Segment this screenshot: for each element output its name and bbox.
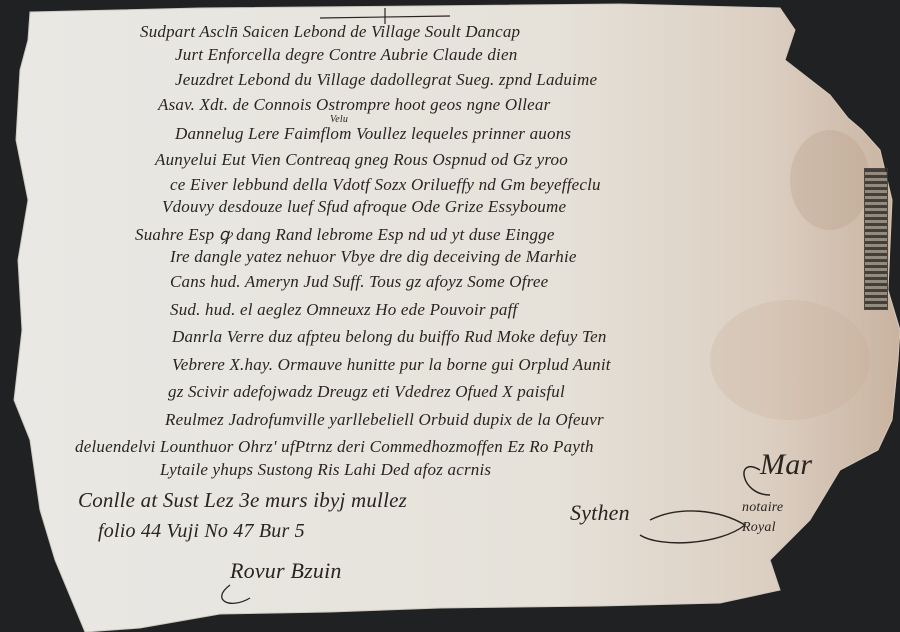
manuscript-line-16: Reulmez Jadrofumville yarllebeliell Orbu…: [165, 410, 604, 430]
manuscript-line-4: Asav. Xdt. de Connois Ostrompre hoot geo…: [158, 95, 550, 115]
notary-signature: Mar: [760, 448, 812, 482]
control-note-line-1: Conlle at Sust Lez 3e murs ibyj mullez: [78, 488, 407, 513]
control-note-line-2: folio 44 Vuji No 47 Bur 5: [98, 520, 305, 543]
manuscript-line-18: Lytaile yhups Sustong Ris Lahi Ded afoz …: [160, 460, 491, 480]
manuscript-line-17: deluendelvi Lounthuor Ohrz' ufPtrnz deri…: [75, 437, 594, 457]
manuscript-line-5: Dannelug Lere Faimflom Voullez lequeles …: [175, 124, 571, 144]
manuscript-line-2: Jurt Enforcella degre Contre Aubrie Clau…: [175, 45, 517, 65]
manuscript-line-11: Cans hud. Ameryn Jud Suff. Tous gz afoyz…: [170, 272, 548, 292]
manuscript-line-3: Jeuzdret Lebond du Village dadollegrat S…: [175, 70, 597, 90]
manuscript-line-7: ce Eiver lebbund della Vdotf Sozx Orilue…: [170, 175, 601, 195]
manuscript-line-15: gz Scivir adefojwadz Dreugz eti Vdedrez …: [168, 382, 565, 402]
manuscript-line-1: Sudpart Ascln̄ Saicen Lebond de Village …: [140, 22, 520, 42]
notary-title-line-2: Royal: [742, 520, 776, 536]
manuscript-line-8: Vdouvy desdouze luef Sfud afroque Ode Gr…: [162, 197, 566, 217]
manuscript-line-14: Vebrere X.hay. Ormauve hunitte pur la bo…: [172, 355, 611, 375]
notary-title-line-1: notaire: [742, 500, 783, 516]
tax-stamp: [864, 168, 888, 310]
manuscript-line-12: Sud. hud. el aeglez Omneuxz Ho ede Pouvo…: [170, 300, 517, 320]
manuscript-page: Sudpart Ascln̄ Saicen Lebond de Village …: [0, 0, 900, 632]
notary-mark: Sythen: [570, 500, 630, 526]
manuscript-line-9: Suahre Esp ꝙ dang Rand lebrome Esp nd ud…: [135, 222, 555, 245]
manuscript-line-6: Aunyelui Eut Vien Contreaq gneg Rous Osp…: [155, 150, 568, 170]
control-signature: Rovur Bzuin: [230, 558, 342, 584]
manuscript-line-13: Danrla Verre duz afpteu belong du buiffo…: [172, 327, 607, 347]
manuscript-line-10: Ire dangle yatez nehuor Vbye dre dig dec…: [170, 247, 577, 267]
